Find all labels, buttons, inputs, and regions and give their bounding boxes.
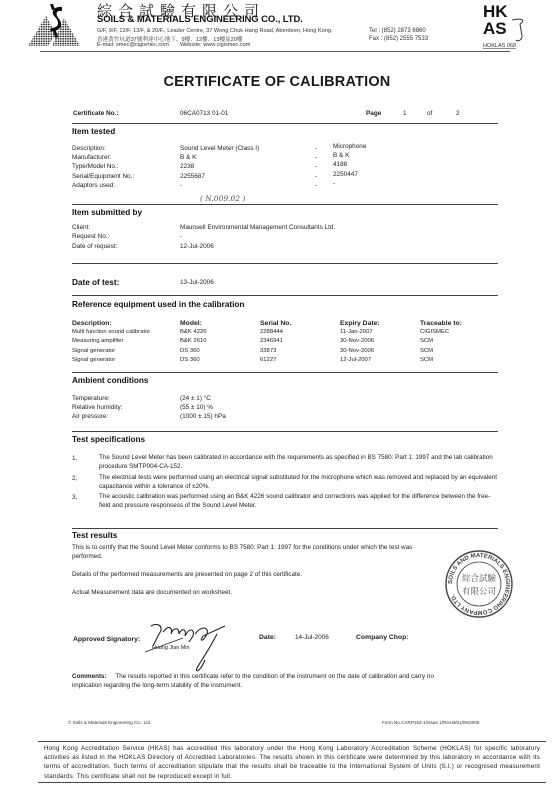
spec-item-number: 3,	[72, 494, 77, 501]
ref-table-cell: Signal generator	[72, 357, 115, 363]
ambient-value: (55 ± 10) %	[180, 404, 213, 411]
item-tested-value-microphone: -	[333, 180, 335, 187]
item-tested-label: Serial/Equipment No.:	[72, 173, 134, 180]
ref-table-cell: CIGISMEC	[420, 329, 449, 335]
divider	[72, 431, 498, 432]
test-results-statement: This is to certify that the Sound Level …	[72, 544, 422, 561]
footer-form-number: Form No.CARP152-1/Issue 1/Rev.B/01/05/20…	[382, 720, 479, 725]
item-tested-separator: -	[315, 173, 317, 180]
spec-item-number: 2,	[72, 475, 77, 482]
item-tested-value-microphone: 4188	[333, 161, 347, 168]
approval-date-label: Date:	[259, 634, 276, 641]
page-number: 1	[403, 110, 407, 117]
company-chop-label: Company Chop:	[356, 634, 408, 641]
ambient-label: Relative humidity:	[72, 404, 122, 411]
divider	[72, 372, 498, 373]
total-pages: 2	[456, 110, 460, 117]
divider	[72, 295, 498, 296]
ref-table-cell: Signal generator	[72, 348, 115, 354]
svg-text:綜合試驗: 綜合試驗	[462, 573, 497, 584]
ref-table-cell: 30-Nov-2006	[340, 338, 374, 344]
ref-table-cell: SCM	[420, 348, 433, 354]
ref-table-cell: 61227	[260, 357, 276, 363]
smec-logo-icon	[26, 4, 82, 46]
certificate-no-value: 06CA0713 01-01	[180, 110, 228, 117]
ambient-label: Temperature:	[72, 395, 110, 402]
company-fax: Fax : (852) 2555 7533	[369, 36, 428, 42]
header-divider	[40, 51, 510, 52]
item-submitted-label: Client:	[72, 224, 90, 231]
ref-table-cell: Measuring amplifier	[72, 338, 123, 344]
comments-label: Comments:	[72, 673, 107, 680]
page-title: CERTIFICATE OF CALIBRATION	[0, 74, 554, 90]
ref-table-cell: B&K 4226	[180, 329, 207, 335]
spec-item-text: The electrical tests were performed usin…	[99, 474, 499, 491]
ref-table-header: Description:	[72, 320, 112, 327]
divider	[72, 204, 498, 205]
divider	[72, 123, 498, 124]
ref-table-cell: Multi function sound calibrator	[72, 329, 150, 335]
certificate-no-label: Certificate No.:	[73, 110, 118, 117]
hkas-logo-icon: HK AS HOKLAS 068	[482, 2, 534, 50]
section-heading-reference-equipment: Reference equipment used in the calibrat…	[72, 300, 244, 309]
spec-item-text: The Sound Level Meter has been calibrate…	[99, 454, 499, 471]
ref-table-cell: 2288444	[260, 329, 283, 335]
spec-item-number: 1,	[72, 455, 77, 462]
ref-table-cell: DS 360	[180, 348, 200, 354]
ref-table-header: Serial No.	[260, 320, 291, 327]
ref-table-cell: SCM	[420, 357, 433, 363]
signatory-name: Huang Jian Min	[152, 645, 189, 651]
date-of-test-value: 13-Jul-2006	[180, 279, 214, 286]
item-submitted-value: 12-Jul-2006	[180, 243, 214, 250]
ref-table-cell: 12-Jul-2007	[340, 357, 371, 363]
ref-table-cell: DS 360	[180, 357, 200, 363]
svg-text:HOKLAS 068: HOKLAS 068	[483, 43, 516, 49]
item-tested-value-meter: 2255687	[180, 173, 205, 180]
company-tel: Tel : (852) 2873 6860	[369, 28, 426, 34]
page-label: Page	[366, 110, 381, 117]
item-tested-label: Manufacturer:	[72, 154, 111, 161]
item-submitted-value: -	[180, 233, 182, 240]
comments-text: The results reported in this certificate…	[72, 673, 434, 689]
ref-table-cell: 11-Jan-2007	[340, 329, 373, 335]
section-heading-test-results: Test results	[72, 531, 117, 540]
divider	[38, 741, 546, 742]
ambient-value: (24 ± 1) °C	[180, 395, 211, 402]
section-heading-ambient-conditions: Ambient conditions	[72, 376, 148, 385]
item-tested-separator: -	[315, 163, 317, 170]
of-label: of	[427, 110, 432, 117]
ref-table-header: Traceable to:	[420, 320, 462, 327]
section-heading-item-tested: Item tested	[72, 127, 115, 136]
approved-signatory-label: Approved Signatory:	[73, 636, 140, 643]
item-tested-value-meter: 2238	[180, 163, 194, 170]
divider	[72, 263, 498, 264]
item-tested-value-microphone: Microphone	[333, 143, 366, 150]
ref-table-header: Expiry Date:	[340, 320, 380, 327]
test-results-worksheet-note: Actual Measurement data are documented o…	[72, 589, 452, 598]
svg-text:有限公司: 有限公司	[462, 586, 496, 597]
company-website: Website: www.cigismec.com	[180, 42, 250, 48]
ambient-value: (1000 ± 15) hPa	[180, 413, 226, 420]
item-tested-label: Type/Model No.:	[72, 163, 119, 170]
item-tested-value-meter: B & K	[180, 154, 196, 161]
ref-table-header: Model:	[180, 320, 202, 327]
section-heading-item-submitted: Item submitted by	[72, 208, 142, 217]
company-address-english: G/F, 9/F, 12/F, 13/F, & 20/F., Leader Ce…	[97, 28, 333, 34]
test-results-details: Details of the performed measurements ar…	[72, 571, 452, 580]
ambient-label: Air pressure:	[72, 413, 108, 420]
section-heading-test-specifications: Test specifications	[72, 435, 145, 444]
ref-table-cell: B&K 2610	[180, 338, 207, 344]
item-tested-value-microphone: 2250447	[333, 171, 358, 178]
company-email: E-mail: smec@cigismec.com	[97, 42, 169, 48]
divider	[72, 528, 498, 529]
item-submitted-value: Maunsell Environmental Management Consul…	[180, 224, 335, 231]
ref-table-cell: SCM	[420, 338, 433, 344]
comments: Comments: The results reported in this c…	[72, 673, 442, 690]
footer-copyright: © Soils & Materials Engineering Co., Ltd…	[68, 720, 151, 725]
ref-table-cell: 2346941	[260, 338, 283, 344]
item-tested-label: Adaptors used:	[72, 182, 115, 189]
item-tested-value-microphone: B & K	[333, 152, 349, 159]
item-submitted-label: Date of request:	[72, 243, 117, 250]
item-tested-label: Description:	[72, 145, 106, 152]
company-name-english: SOILS & MATERIALS ENGINEERING CO., LTD.	[97, 14, 303, 25]
divider	[38, 782, 546, 783]
item-tested-value-meter: -	[180, 182, 182, 189]
handwritten-note: ( N.009.02 )	[200, 194, 245, 203]
ref-table-cell: 33873	[260, 348, 276, 354]
company-chop-stamp: SOILS AND MATERIALS ENGINEERING COMPANY …	[444, 548, 514, 620]
approval-date-value: 14-Jul-2006	[295, 634, 329, 641]
date-of-test-label: Date of test:	[72, 278, 119, 287]
ref-table-cell: 30-Nov-2006	[340, 348, 374, 354]
item-tested-separator: -	[315, 182, 317, 189]
item-tested-separator: -	[315, 154, 317, 161]
item-submitted-label: Request No.:	[72, 233, 109, 240]
accreditation-statement: Hong Kong Accreditation Service (HKAS) h…	[44, 744, 540, 781]
item-tested-separator: -	[315, 145, 317, 152]
item-tested-value-meter: Sound Level Meter (Class I)	[180, 145, 259, 152]
svg-text:AS: AS	[483, 19, 507, 38]
spec-item-text: The acoustic calibration was performed u…	[99, 493, 499, 510]
